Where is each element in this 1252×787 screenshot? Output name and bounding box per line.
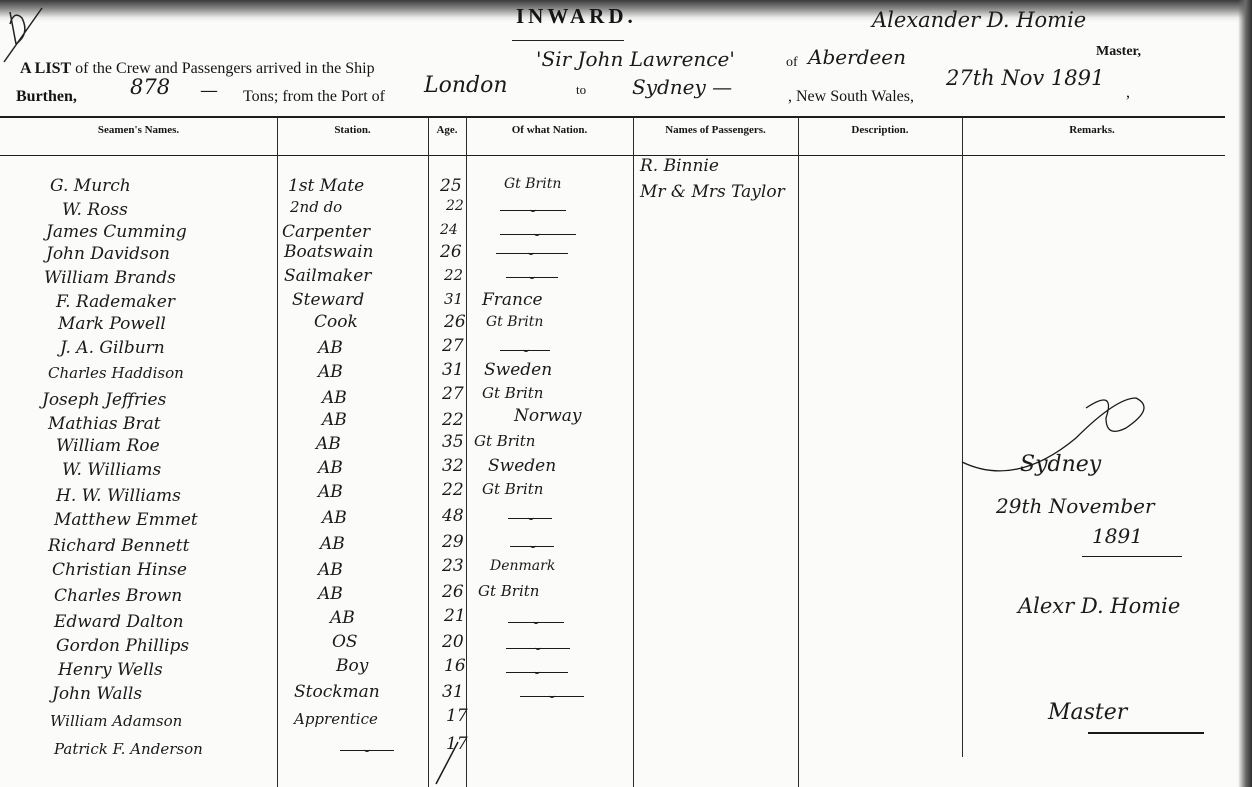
seaman-station: Carpenter xyxy=(282,222,370,242)
seaman-age: 22 xyxy=(442,410,464,430)
col-header-description: Description. xyxy=(798,124,962,136)
seaman-station: AB xyxy=(318,584,343,604)
seaman-name: H. W. Williams xyxy=(56,486,181,506)
ditto-mark xyxy=(500,350,550,351)
seaman-station: AB xyxy=(322,508,347,528)
seaman-age: 22 xyxy=(446,198,464,214)
seaman-station: AB xyxy=(320,534,345,554)
ditto-mark xyxy=(506,277,558,278)
seaman-name: William Roe xyxy=(56,436,160,456)
seaman-age: 48 xyxy=(442,506,464,526)
seaman-station: AB xyxy=(322,388,347,408)
col-divider-station xyxy=(277,117,278,787)
seaman-nation: France xyxy=(482,290,543,310)
seaman-station: AB xyxy=(318,482,343,502)
year-underline xyxy=(1082,556,1182,557)
ditto-mark xyxy=(510,546,554,547)
seaman-name: James Cumming xyxy=(46,222,187,242)
col-divider-description xyxy=(798,117,799,787)
seaman-age: 22 xyxy=(442,480,464,500)
col-divider-age xyxy=(428,117,429,787)
remarks-role: Master xyxy=(1048,700,1127,725)
ship-of-label: of xyxy=(786,55,798,71)
seaman-age: 35 xyxy=(442,432,464,452)
seaman-age: 32 xyxy=(442,456,464,476)
title-underline xyxy=(512,40,624,41)
seaman-name: John Walls xyxy=(52,684,142,704)
seaman-name: John Davidson xyxy=(46,244,170,264)
col-divider-nation xyxy=(466,117,467,787)
seaman-age: 31 xyxy=(444,290,463,308)
scan-shadow-right xyxy=(1238,0,1252,787)
seaman-age: 24 xyxy=(440,222,458,238)
ship-home-port: Aberdeen xyxy=(808,45,906,69)
seaman-nation: Gt Britn xyxy=(486,314,543,330)
seaman-name: Charles Haddison xyxy=(48,364,184,382)
seaman-age: 20 xyxy=(442,632,464,652)
corner-stamp-icon xyxy=(2,4,52,64)
seaman-nation: Gt Britn xyxy=(474,432,535,450)
ditto-mark xyxy=(500,234,576,235)
seaman-name: Joseph Jeffries xyxy=(42,390,166,410)
seaman-nation: Gt Britn xyxy=(478,582,539,600)
closing-stroke-icon xyxy=(428,740,468,787)
seaman-station: AB xyxy=(318,458,343,478)
seaman-name: Mark Powell xyxy=(58,314,166,334)
col-header-passengers: Names of Passengers. xyxy=(633,124,798,136)
seaman-age: 27 xyxy=(442,336,464,356)
seaman-name: William Brands xyxy=(44,268,176,288)
seaman-age: 27 xyxy=(442,384,464,404)
seaman-age: 17 xyxy=(446,706,468,726)
ditto-mark xyxy=(506,648,570,649)
table-top-rule xyxy=(0,116,1225,118)
seaman-name: William Adamson xyxy=(50,712,182,730)
seaman-name: J. A. Gilburn xyxy=(60,338,165,358)
role-underline xyxy=(1088,732,1204,734)
remarks-signature: Alexr D. Homie xyxy=(1018,594,1180,618)
list-heading: A LIST of the Crew and Passengers arrive… xyxy=(20,60,375,78)
to-label: to xyxy=(576,82,586,98)
seaman-name: Christian Hinse xyxy=(52,560,187,580)
seaman-station: AB xyxy=(322,410,347,430)
seaman-nation: Norway xyxy=(514,406,582,426)
ditto-mark xyxy=(496,253,568,254)
seaman-nation: Denmark xyxy=(490,558,555,574)
nsw-label: , New South Wales, xyxy=(788,88,914,106)
tons-from-port-label: Tons; from the Port of xyxy=(243,88,385,106)
ditto-mark xyxy=(508,518,552,519)
seaman-age: 26 xyxy=(442,582,464,602)
seaman-name: G. Murch xyxy=(50,176,131,196)
seaman-name: Charles Brown xyxy=(54,586,182,606)
seaman-station: Steward xyxy=(292,290,364,310)
col-header-station: Station. xyxy=(277,124,428,136)
seaman-station: 2nd do xyxy=(290,198,342,216)
seaman-nation: Sweden xyxy=(484,360,552,380)
ditto-mark xyxy=(520,696,584,697)
manifest-page: INWARD. Alexander D. Homie A LIST of the… xyxy=(0,0,1252,787)
seaman-name: Richard Bennett xyxy=(48,536,189,556)
seaman-nation: Gt Britn xyxy=(482,384,543,402)
remarks-place: Sydney xyxy=(1020,452,1101,477)
seaman-age: 26 xyxy=(440,242,462,262)
seaman-station: AB xyxy=(316,434,341,454)
ship-name: 'Sir John Lawrence' xyxy=(536,47,735,71)
col-header-age: Age. xyxy=(428,124,466,136)
seaman-station: Stockman xyxy=(294,682,380,702)
ditto-mark xyxy=(508,622,564,623)
burthen-tons: 878 xyxy=(130,75,170,99)
seaman-station: AB xyxy=(318,560,343,580)
list-heading-lead: A LIST xyxy=(20,60,71,77)
from-port: London xyxy=(424,73,508,98)
burthen-label-text: Burthen, xyxy=(16,88,77,105)
burthen-dash: — xyxy=(200,80,218,101)
trailing-comma: , xyxy=(1126,84,1130,102)
seaman-nation: Gt Britn xyxy=(504,176,561,192)
seaman-age: 29 xyxy=(442,532,464,552)
seaman-name: Patrick F. Anderson xyxy=(54,740,203,758)
seaman-age: 22 xyxy=(444,266,463,284)
seaman-age: 26 xyxy=(444,312,466,332)
ditto-mark xyxy=(500,210,566,211)
seaman-name: Mathias Brat xyxy=(48,414,161,434)
burthen-label: Burthen, xyxy=(16,88,77,106)
seaman-station: OS xyxy=(332,632,358,652)
remarks-date: 29th November xyxy=(996,494,1155,518)
seaman-age: 31 xyxy=(442,360,464,380)
seaman-age: 16 xyxy=(444,656,466,676)
passenger-name: R. Binnie xyxy=(640,156,719,176)
seaman-name: Gordon Phillips xyxy=(56,636,189,656)
seaman-name: W. Williams xyxy=(62,460,161,480)
ditto-mark xyxy=(340,750,394,751)
col-header-nation: Of what Nation. xyxy=(466,124,633,136)
seaman-station: AB xyxy=(318,338,343,358)
seaman-station: Cook xyxy=(314,312,358,332)
col-header-remarks: Remarks. xyxy=(962,124,1222,136)
ditto-mark xyxy=(506,672,568,673)
header-bottom-rule xyxy=(0,155,1225,156)
seaman-station: Boatswain xyxy=(284,242,374,262)
seaman-station: AB xyxy=(318,362,343,382)
seaman-name: W. Ross xyxy=(62,200,128,220)
seaman-nation: Sweden xyxy=(488,456,556,476)
seaman-station: AB xyxy=(330,608,355,628)
seaman-name: Edward Dalton xyxy=(54,612,184,632)
col-header-seamen: Seamen's Names. xyxy=(0,124,277,136)
destination-port: Sydney — xyxy=(632,75,732,99)
seaman-age: 21 xyxy=(444,606,466,626)
seaman-station: Boy xyxy=(336,656,368,676)
seaman-station: 1st Mate xyxy=(288,176,364,196)
passenger-name: Mr & Mrs Taylor xyxy=(640,182,785,202)
seaman-age: 25 xyxy=(440,176,462,196)
seaman-age: 31 xyxy=(442,682,464,702)
col-divider-passengers xyxy=(633,117,634,787)
seaman-name: Henry Wells xyxy=(58,660,163,680)
seaman-age: 23 xyxy=(442,556,464,576)
seaman-station: Sailmaker xyxy=(284,266,371,286)
seaman-name: F. Rademaker xyxy=(56,292,175,312)
seaman-station: Apprentice xyxy=(294,710,378,728)
form-title: INWARD. xyxy=(516,4,637,29)
seaman-nation: Gt Britn xyxy=(482,480,543,498)
seaman-name: Matthew Emmet xyxy=(54,510,198,530)
remarks-year: 1891 xyxy=(1092,524,1143,548)
master-label: Master, xyxy=(1096,44,1141,60)
arrival-date: 27th Nov 1891 xyxy=(946,66,1104,90)
master-name: Alexander D. Homie xyxy=(872,8,1086,32)
list-heading-text: of the Crew and Passengers arrived in th… xyxy=(71,60,374,77)
